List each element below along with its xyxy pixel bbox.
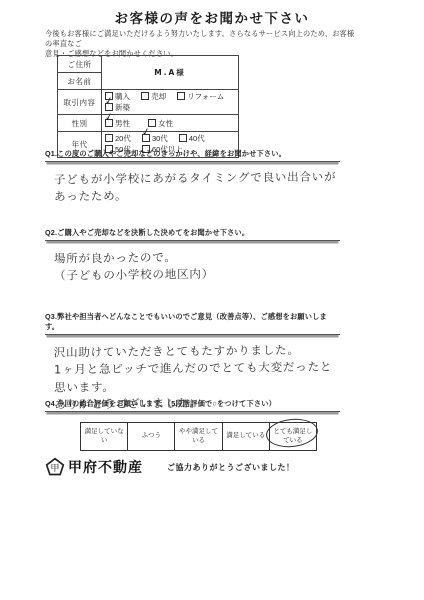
checkbox-icon: ✓ bbox=[179, 134, 187, 142]
question-3-section: Q3.弊社や担当者へどんなことでもいいのでご意見（改善点等）、ご感想をお願いしま… bbox=[45, 312, 340, 412]
footer: 甲 甲府不動産 ご協力ありがとうございました！ bbox=[45, 457, 295, 477]
checkbox-icon: ✓ bbox=[142, 134, 150, 142]
checkbox-label: リフォーム bbox=[187, 92, 224, 101]
checkbox-label: 新築 bbox=[115, 103, 130, 112]
checkbox-icon: ✓ bbox=[105, 103, 113, 111]
question-1-heading: Q1.この度のご購入やご売却などのきっかけや、経緯をお聞かせ下さい。 bbox=[45, 149, 340, 162]
transaction-label: 取引内容 bbox=[58, 90, 102, 115]
name-label: お名前 bbox=[58, 73, 102, 90]
question-2-heading: Q2.ご購入やご売却などを決断した決めてをお聞かせ下さい。 bbox=[45, 228, 340, 241]
checkbox-label: 男性 bbox=[115, 119, 130, 128]
thanks-text: ご協力ありがとうございました！ bbox=[167, 462, 295, 473]
answer-line: （子どもの小学校の地区内） bbox=[54, 267, 214, 283]
rating-option-cell[interactable]: ふつう bbox=[128, 423, 175, 450]
transaction-row: 取引内容 ✓購入 ✓売却 ✓リフォーム ✓新築 bbox=[58, 90, 239, 115]
page-title: お客様の声をお聞かせ下さい bbox=[0, 7, 424, 27]
checkbox-label: 20代 bbox=[115, 134, 131, 143]
rating-option-cell[interactable]: やや満足している bbox=[175, 423, 222, 450]
check-mark-icon: ✓ bbox=[104, 96, 114, 108]
checkbox-reform[interactable]: ✓リフォーム bbox=[177, 91, 224, 102]
company-logo-icon: 甲 bbox=[45, 457, 65, 477]
answer-line: 1ヶ月と急ピッチで進んだのでとても大変だったと思います。 bbox=[54, 360, 332, 394]
address-row: ご住所 M.A様 bbox=[58, 56, 239, 73]
checkbox-icon: ✓ bbox=[141, 92, 149, 100]
company-name: 甲府不動産 bbox=[68, 457, 143, 477]
intro-line-1: 今後もお客様にご満足いただけるよう努力いたします。さらなるサービス向上のため、お… bbox=[45, 29, 354, 48]
answer-line: 子どもが小学校にあがるタイミングで良い出合いが bbox=[54, 169, 337, 186]
feedback-form-page: お客様の声をお聞かせ下さい 今後もお客様にご満足いただけるよう努力いたします。さ… bbox=[0, 0, 424, 600]
checkbox-icon: ✓ bbox=[105, 134, 113, 142]
question-2-section: Q2.ご購入やご売却などを決断した決めてをお聞かせ下さい。 場所が良かったので。… bbox=[45, 228, 340, 284]
gender-label: 性別 bbox=[58, 115, 102, 132]
answer-line: 沢山助けていただきとてもたすかりました。 bbox=[54, 343, 300, 360]
question-2-answer: 場所が良かったので。 （子どもの小学校の地区内） bbox=[45, 247, 340, 285]
svg-text:甲: 甲 bbox=[50, 463, 59, 473]
rating-scale-table: 満足していない ふつう やや満足している 満足している とても満足している bbox=[80, 422, 317, 451]
question-4-heading: Q4.今回の総合評価をお願いします。（5段階評価で○をつけて下さい） bbox=[45, 399, 340, 412]
checkbox-male[interactable]: ✓男性 bbox=[105, 118, 130, 129]
checkbox-age-30s[interactable]: ✓30代 bbox=[142, 133, 168, 144]
address-label: ご住所 bbox=[58, 56, 102, 73]
question-4-section: Q4.今回の総合評価をお願いします。（5段階評価で○をつけて下さい） 満足してい… bbox=[45, 399, 340, 451]
rating-option-cell[interactable]: 満足していない bbox=[81, 423, 128, 450]
checkbox-label: 40代 bbox=[189, 134, 205, 143]
checkbox-label: 売却 bbox=[151, 92, 166, 101]
checkbox-label: 女性 bbox=[158, 119, 173, 128]
rating-option-label: 満足していない bbox=[82, 428, 126, 446]
rating-option-cell[interactable]: とても満足している bbox=[270, 423, 316, 450]
checkbox-label: 30代 bbox=[152, 134, 168, 143]
checkbox-age-40s[interactable]: ✓40代 bbox=[179, 133, 205, 144]
answer-line: 場所が良かったので。 bbox=[54, 250, 177, 265]
rating-option-label: 満足している bbox=[226, 432, 265, 441]
checkbox-icon: ✓ bbox=[105, 119, 113, 127]
checkbox-female[interactable]: ✓女性 bbox=[148, 118, 173, 129]
rating-option-label: ふつう bbox=[142, 432, 162, 441]
check-mark-icon: ✓ bbox=[141, 127, 151, 139]
checkbox-icon: ✓ bbox=[177, 92, 185, 100]
rating-option-label: とても満足している bbox=[271, 428, 315, 446]
customer-name: M.A様 bbox=[102, 56, 239, 90]
question-1-answer: 子どもが小学校にあがるタイミングで良い出合いが あったため。 bbox=[45, 168, 340, 206]
rating-option-label: やや満足している bbox=[176, 428, 220, 446]
rating-option-cell[interactable]: 満足している bbox=[223, 423, 270, 450]
answer-line: あったため。 bbox=[54, 189, 127, 204]
checkbox-age-20s[interactable]: ✓20代 bbox=[105, 133, 131, 144]
customer-info-table: ご住所 M.A様 お名前 取引内容 ✓購入 ✓売却 ✓リフォーム ✓新築 bbox=[57, 55, 239, 158]
question-3-heading: Q3.弊社や担当者へどんなことでもいいのでご意見（改善点等）、ご感想をお願いしま… bbox=[45, 312, 340, 335]
checkbox-sale[interactable]: ✓売却 bbox=[141, 91, 166, 102]
checkbox-icon: ✓ bbox=[148, 119, 156, 127]
checkbox-label: 購入 bbox=[115, 92, 130, 101]
question-1-section: Q1.この度のご購入やご売却などのきっかけや、経緯をお聞かせ下さい。 子どもが小… bbox=[45, 149, 340, 205]
